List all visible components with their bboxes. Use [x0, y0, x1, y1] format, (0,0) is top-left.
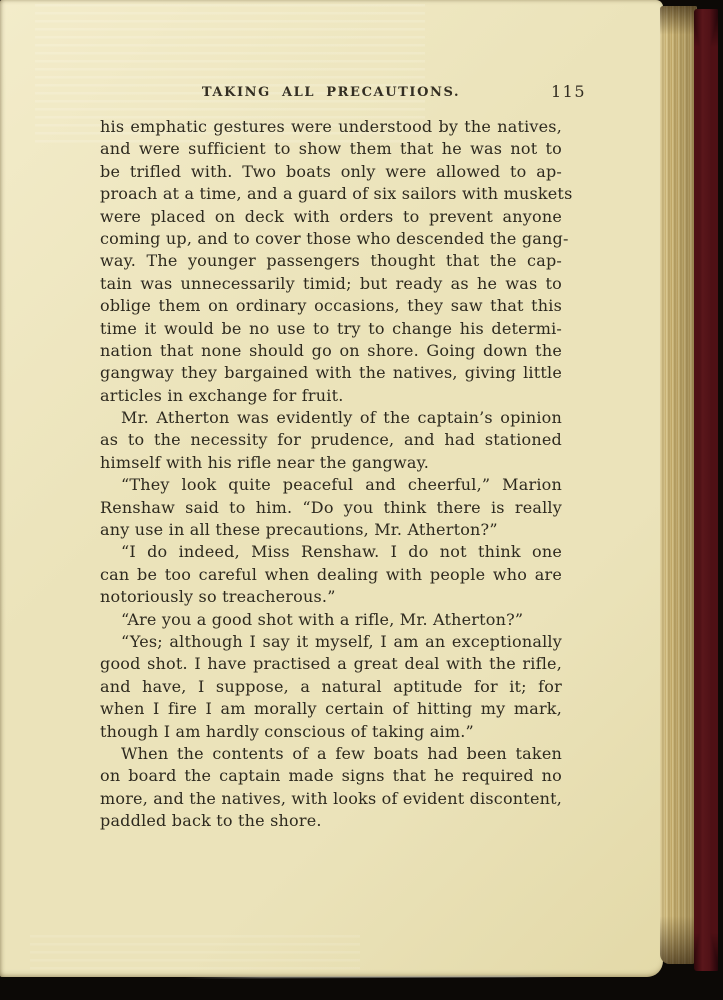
text-line: good shot. I have practised a great deal…	[100, 653, 562, 675]
text-line: Renshaw said to him. “Do you think there…	[100, 497, 562, 519]
text-line: and have, I suppose, a natural aptitude …	[100, 676, 562, 698]
text-line: “Yes; although I say it myself, I am an …	[100, 631, 562, 653]
text-line: paddled back to the shore.	[100, 810, 562, 832]
text-line: oblige them on ordinary occasions, they …	[100, 295, 562, 317]
scan-artifact-line	[185, 975, 570, 978]
text-line: “Are you a good shot with a rifle, Mr. A…	[100, 609, 562, 631]
book-cover-board	[694, 9, 718, 971]
text-line: more, and the natives, with looks of evi…	[100, 788, 562, 810]
paragraph: “Are you a good shot with a rifle, Mr. A…	[100, 609, 562, 631]
text-line: on board the captain made signs that he …	[100, 765, 562, 787]
paragraph: his emphatic gestures were understood by…	[100, 116, 562, 407]
text-line: “They look quite peaceful and cheerful,”…	[100, 474, 562, 496]
text-line: be trifled with. Two boats only were all…	[100, 161, 562, 183]
text-line: proach at a time, and a guard of six sai…	[100, 183, 562, 205]
text-line: when I fire I am morally certain of hitt…	[100, 698, 562, 720]
text-line: When the contents of a few boats had bee…	[100, 743, 562, 765]
text-line: though I am hardly conscious of taking a…	[100, 721, 562, 743]
text-line: time it would be no use to try to change…	[100, 318, 562, 340]
text-line: tain was unnecessarily timid; but ready …	[100, 273, 562, 295]
paragraph: “They look quite peaceful and cheerful,”…	[100, 474, 562, 541]
text-line: were placed on deck with orders to preve…	[100, 206, 562, 228]
text-line: any use in all these precautions, Mr. At…	[100, 519, 562, 541]
running-head-title: TAKING ALL PRECAUTIONS.	[202, 85, 460, 100]
text-line: as to the necessity for prudence, and ha…	[100, 429, 562, 451]
text-line: “I do indeed, Miss Renshaw. I do not thi…	[100, 541, 562, 563]
text-line: himself with his rifle near the gangway.	[100, 452, 562, 474]
book-scan: TAKING ALL PRECAUTIONS. 115 his emphatic…	[0, 0, 723, 1000]
book-page: TAKING ALL PRECAUTIONS. 115 his emphatic…	[0, 0, 663, 977]
text-line: articles in exchange for fruit.	[100, 385, 562, 407]
scan-banding-bottom	[30, 935, 360, 975]
paragraph: When the contents of a few boats had bee…	[100, 743, 562, 833]
page-number: 115	[551, 83, 586, 100]
text-line: coming up, and to cover those who descen…	[100, 228, 562, 250]
text-line: Mr. Atherton was evidently of the captai…	[100, 407, 562, 429]
page-body: his emphatic gestures were understood by…	[100, 116, 562, 833]
text-line: way. The younger passengers thought that…	[100, 250, 562, 272]
paragraph: “I do indeed, Miss Renshaw. I do not thi…	[100, 541, 562, 608]
text-line: gangway they bargained with the natives,…	[100, 362, 562, 384]
text-line: his emphatic gestures were understood by…	[100, 116, 562, 138]
text-line: can be too careful when dealing with peo…	[100, 564, 562, 586]
paragraph: Mr. Atherton was evidently of the captai…	[100, 407, 562, 474]
text-line: notoriously so treacherous.”	[100, 586, 562, 608]
book-fore-edge-pages	[660, 6, 697, 964]
paragraph: “Yes; although I say it myself, I am an …	[100, 631, 562, 743]
running-head: TAKING ALL PRECAUTIONS. 115	[100, 84, 562, 101]
text-line: nation that none should go on shore. Goi…	[100, 340, 562, 362]
text-block: TAKING ALL PRECAUTIONS. 115 his emphatic…	[100, 84, 562, 833]
text-line: and were sufficient to show them that he…	[100, 138, 562, 160]
